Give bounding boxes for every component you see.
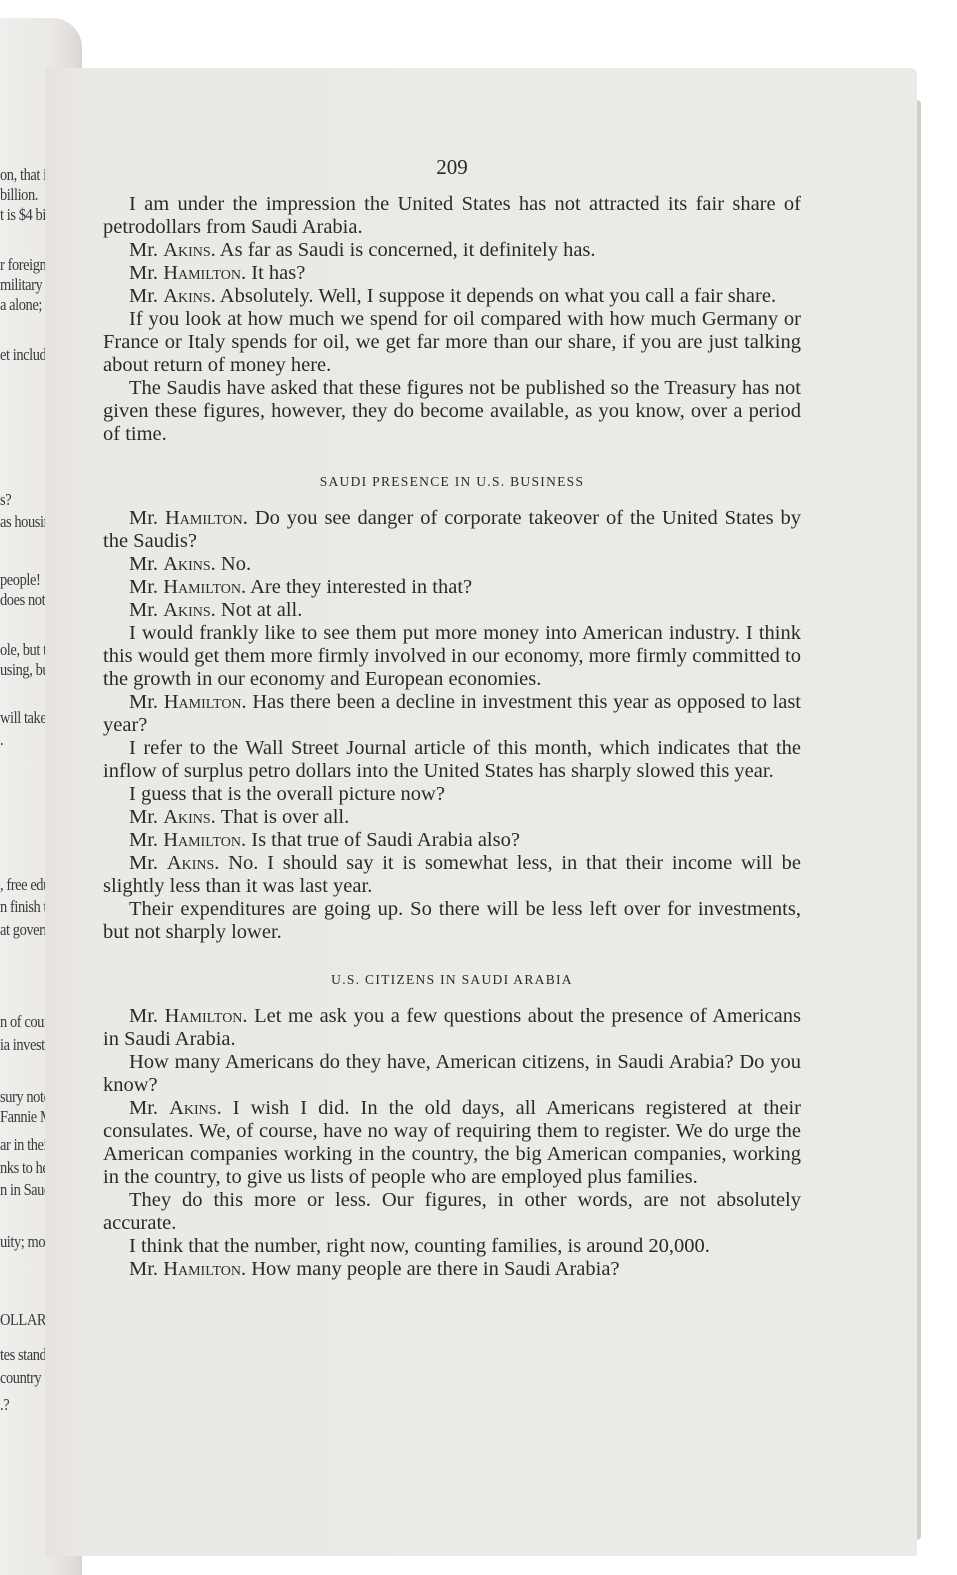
left-page-text-fragment: .? <box>0 1395 9 1415</box>
speaker-name: Akins <box>163 285 210 307</box>
speaker-name: Hamilton <box>163 1258 241 1280</box>
paragraph-text: Absolutely. Well, I suppose it depends o… <box>220 285 776 307</box>
speaker-prefix: Mr. <box>129 507 165 529</box>
paragraph-text: How many people are there in Saudi Arabi… <box>251 1258 619 1280</box>
speaker-prefix: Mr. <box>129 285 163 307</box>
paragraph: Mr. Hamilton. Are they interested in tha… <box>103 576 801 599</box>
paragraph-text: It has? <box>251 262 305 284</box>
paragraph: I guess that is the overall picture now? <box>103 783 801 806</box>
paragraph: Mr. Akins. That is over all. <box>103 806 801 829</box>
speaker-prefix: Mr. <box>129 553 163 575</box>
paragraph-text: I would frankly like to see them put mor… <box>103 622 801 690</box>
paragraph: If you look at how much we spend for oil… <box>103 308 801 377</box>
speaker-name: Akins <box>163 806 210 828</box>
paragraph-text: If you look at how much we spend for oil… <box>103 308 801 376</box>
paragraph-text: As far as Saudi is concerned, it definit… <box>220 239 596 261</box>
paragraph-text: I guess that is the overall picture now? <box>129 783 445 805</box>
left-page-text-fragment: billion. <box>0 185 38 205</box>
paragraph-text: I am under the impression the United Sta… <box>103 193 801 238</box>
section-heading: Saudi presence in U.S. business <box>103 470 801 493</box>
speaker-name: Hamilton <box>164 691 242 713</box>
paragraph: I am under the impression the United Sta… <box>103 193 801 239</box>
speaker-name: Akins <box>169 1097 216 1119</box>
paragraph: Mr. Hamilton. It has? <box>103 262 801 285</box>
left-page-text-fragment: ar in their <box>0 1135 52 1155</box>
paragraph: Mr. Akins. Absolutely. Well, I suppose i… <box>103 285 801 308</box>
speaker-prefix: Mr. <box>129 806 163 828</box>
speaker-name: Hamilton <box>163 576 241 598</box>
paragraph-text: The Saudis have asked that these figures… <box>103 377 801 445</box>
speaker-prefix: Mr. <box>129 1097 169 1119</box>
paragraph: How many Americans do they have, America… <box>103 1051 801 1097</box>
paragraph-text: Their expenditures are going up. So ther… <box>103 898 801 943</box>
page-number: 209 <box>103 156 801 179</box>
paragraph: They do this more or less. Our figures, … <box>103 1189 801 1235</box>
paragraph: I would frankly like to see them put mor… <box>103 622 801 691</box>
paragraph: Mr. Akins. No. <box>103 553 801 576</box>
paragraph-text: I refer to the Wall Street Journal artic… <box>103 737 801 782</box>
speaker-prefix: Mr. <box>129 1005 165 1027</box>
paragraph-text: Is that true of Saudi Arabia also? <box>251 829 520 851</box>
speaker-prefix: Mr. <box>129 1258 163 1280</box>
left-page-text-fragment: s? <box>0 490 11 510</box>
speaker-name: Akins <box>163 553 210 575</box>
speaker-prefix: Mr. <box>129 691 164 713</box>
speaker-name: Hamilton <box>163 262 241 284</box>
paragraph-text: That is over all. <box>221 806 350 828</box>
paragraph: Mr. Hamilton. Is that true of Saudi Arab… <box>103 829 801 852</box>
paragraph: Mr. Akins. As far as Saudi is concerned,… <box>103 239 801 262</box>
paragraph-text: They do this more or less. Our figures, … <box>103 1189 801 1234</box>
speaker-name: Hamilton <box>165 1005 243 1027</box>
speaker-prefix: Mr. <box>129 576 163 598</box>
left-page-text-fragment: . <box>0 730 3 750</box>
speaker-name: Akins <box>163 599 210 621</box>
paragraph-text: I think that the number, right now, coun… <box>129 1235 710 1257</box>
page-sections: I am under the impression the United Sta… <box>103 193 801 1281</box>
left-page-text-fragment: people! <box>0 570 40 590</box>
paragraph-text: Not at all. <box>221 599 302 621</box>
paragraph: Mr. Akins. I wish I did. In the old days… <box>103 1097 801 1189</box>
speaker-prefix: Mr. <box>129 262 163 284</box>
paragraph: Mr. Hamilton. How many people are there … <box>103 1258 801 1281</box>
paragraph-text: No. <box>221 553 251 575</box>
speaker-name: Hamilton <box>165 507 243 529</box>
paragraph: Mr. Akins. Not at all. <box>103 599 801 622</box>
speaker-prefix: Mr. <box>129 852 167 874</box>
speaker-prefix: Mr. <box>129 239 163 261</box>
speaker-prefix: Mr. <box>129 829 163 851</box>
speaker-name: Akins <box>167 852 214 874</box>
paragraph: Mr. Akins. No. I should say it is somewh… <box>103 852 801 898</box>
speaker-prefix: Mr. <box>129 599 163 621</box>
paragraph: I refer to the Wall Street Journal artic… <box>103 737 801 783</box>
page-text-block: 209 I am under the impression the United… <box>103 150 801 1281</box>
paragraph-text: How many Americans do they have, America… <box>103 1051 801 1096</box>
paragraph: Mr. Hamilton. Do you see danger of corpo… <box>103 507 801 553</box>
paragraph: The Saudis have asked that these figures… <box>103 377 801 446</box>
paragraph: Their expenditures are going up. So ther… <box>103 898 801 944</box>
speaker-name: Hamilton <box>163 829 241 851</box>
paragraph-text: Are they interested in that? <box>250 576 472 598</box>
paragraph: Mr. Hamilton. Has there been a decline i… <box>103 691 801 737</box>
speaker-name: Akins <box>163 239 210 261</box>
paragraph: Mr. Hamilton. Let me ask you a few quest… <box>103 1005 801 1051</box>
paragraph: I think that the number, right now, coun… <box>103 1235 801 1258</box>
section-heading: U.S. citizens in Saudi Arabia <box>103 968 801 991</box>
